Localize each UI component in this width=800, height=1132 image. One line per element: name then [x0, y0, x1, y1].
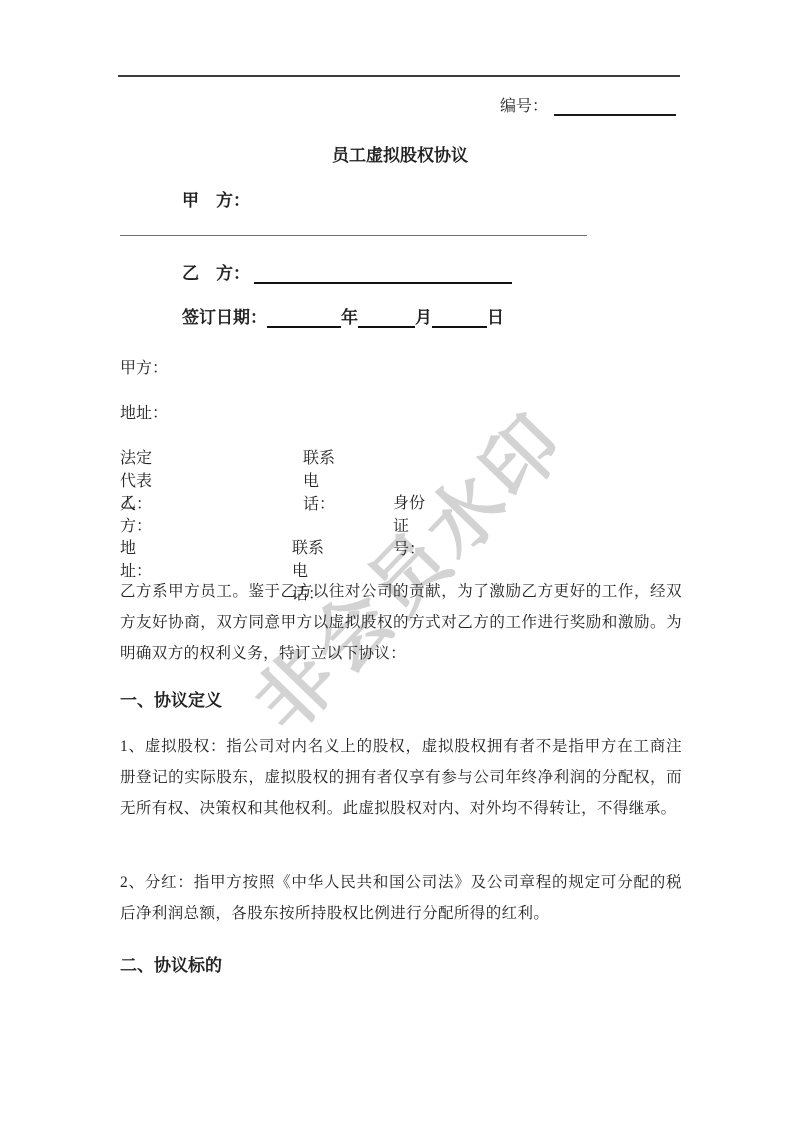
month-label: 月	[415, 303, 432, 328]
section-2-heading: 二、协议标的	[120, 951, 222, 976]
month-blank-line	[358, 306, 415, 328]
party-a-label: 甲 方：	[182, 191, 250, 210]
party-b-blank-line	[254, 262, 512, 284]
document-page: 非会员水印 编号： 员工虚拟股权协议 甲 方： 乙 方： 签订日期： 年 月 日…	[0, 0, 800, 1132]
party-a-blank-line	[120, 227, 587, 236]
document-content: 编号： 员工虚拟股权协议 甲 方： 乙 方： 签订日期： 年 月 日 甲方： 地…	[0, 0, 800, 1132]
sign-date-label: 签订日期：	[182, 303, 267, 328]
year-label: 年	[341, 303, 358, 328]
sign-date-row: 签订日期： 年 月 日	[182, 303, 504, 328]
day-blank-line	[432, 306, 487, 328]
info-phone-a-label: 联系电话：	[303, 445, 335, 514]
info-row-party-a: 甲方：	[120, 355, 168, 378]
info-id-number-label: 身份证号：	[393, 490, 425, 559]
document-title: 员工虚拟股权协议	[0, 141, 800, 166]
definition-item-2: 2、分红：指甲方按照《中华人民共和国公司法》及公司章程的规定可分配的税后净利润总…	[120, 867, 682, 929]
info-party-a-label: 甲方：	[120, 360, 168, 377]
intro-paragraph: 乙方系甲方员工。鉴于乙方以往对公司的贡献，为了激励乙方更好的工作，经双方友好协商…	[120, 576, 682, 669]
info-address-a-label: 地址：	[120, 405, 168, 422]
serial-number-blank-line	[554, 92, 676, 116]
cover-party-b-row: 乙 方：	[182, 259, 512, 284]
day-label: 日	[487, 303, 504, 328]
info-address-b-label: 地址：	[120, 535, 152, 581]
header-rule	[118, 75, 680, 77]
party-b-label: 乙 方：	[182, 259, 250, 284]
info-party-b-label: 乙方：	[120, 490, 152, 536]
definition-item-1: 1、虚拟股权：指公司对内名义上的股权，虚拟股权拥有者不是指甲方在工商注册登记的实…	[120, 731, 682, 824]
info-row-address-a: 地址：	[120, 400, 168, 423]
year-blank-line	[267, 306, 341, 328]
serial-number-label: 编号：	[500, 93, 548, 116]
cover-party-a-row: 甲 方：	[182, 186, 250, 211]
section-1-heading: 一、协议定义	[120, 686, 222, 711]
serial-number-row: 编号：	[500, 92, 676, 116]
